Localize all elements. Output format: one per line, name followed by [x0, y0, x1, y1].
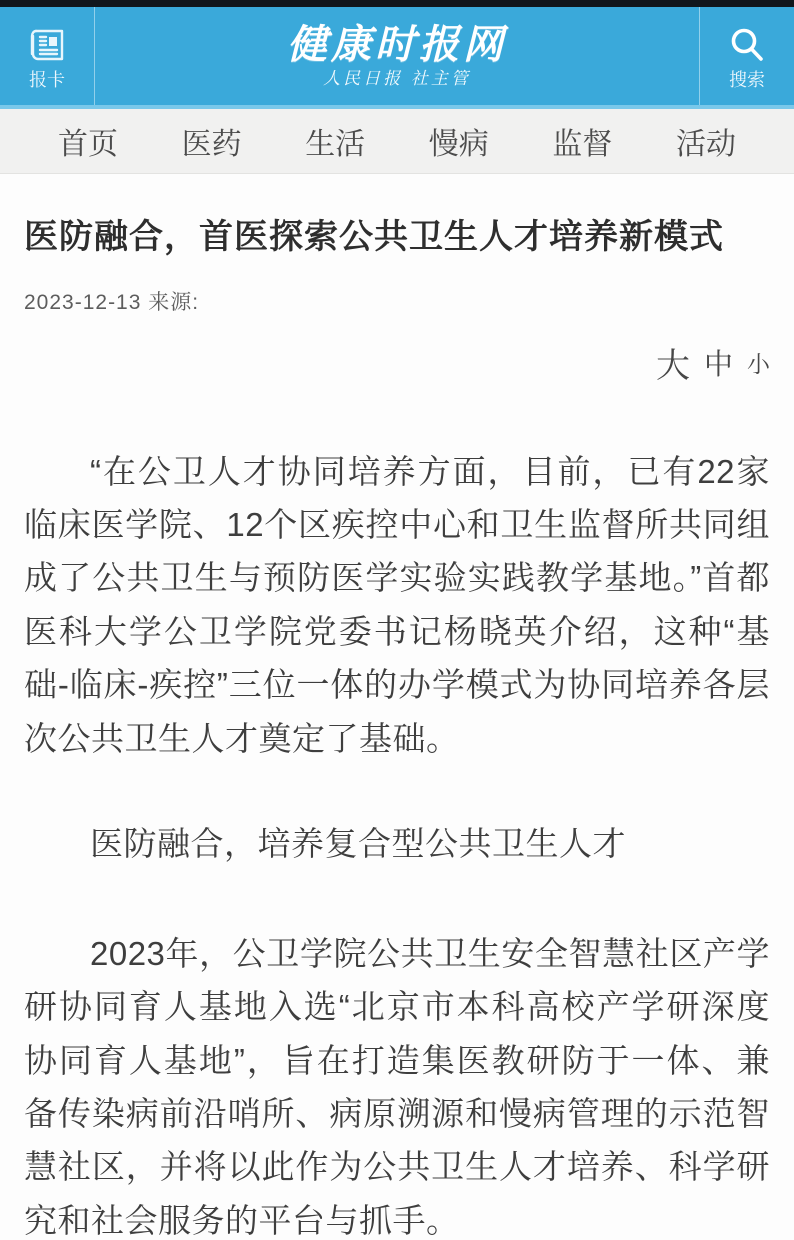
article-source-label: 来源: [148, 291, 199, 314]
site-header: 报卡 健康时报网 人民日报 社主管 搜索 [0, 7, 794, 109]
font-size-controls: 大 中 小 [24, 338, 770, 387]
font-size-large-button[interactable]: 大 [656, 338, 690, 387]
article-title: 医防融合，首医探索公共卫生人才培养新模式 [24, 216, 770, 259]
font-size-small-button[interactable]: 小 [747, 346, 770, 379]
font-size-medium-button[interactable]: 中 [704, 342, 733, 383]
article-date: 2023-12-13 [24, 291, 141, 314]
article-subheading: 医防融合，培养复合型公共卫生人才 [24, 817, 770, 870]
article-paragraph: “在公卫人才协同培养方面，目前，已有22家临床医学院、12个区疾控中心和卫生监督… [24, 445, 770, 766]
logo-subtitle: 人民日报 社主管 [323, 69, 471, 89]
nav-item-activity[interactable]: 活动 [676, 119, 736, 163]
site-logo[interactable]: 健康时报网 人民日报 社主管 [95, 7, 699, 105]
main-nav: 首页 医药 生活 慢病 监督 活动 [0, 109, 794, 174]
article-paragraph: 2023年，公卫学院公共卫生安全智慧社区产学研协同育人基地入选“北京市本科高校产… [24, 927, 770, 1240]
search-button[interactable]: 搜索 [699, 7, 794, 105]
report-card-label: 报卡 [29, 71, 65, 89]
newspaper-icon [25, 23, 69, 67]
article-meta: 2023-12-13 来源: [24, 286, 770, 316]
nav-item-chronic[interactable]: 慢病 [429, 119, 489, 163]
report-card-button[interactable]: 报卡 [0, 7, 95, 105]
search-icon [725, 23, 769, 67]
nav-item-medicine[interactable]: 医药 [182, 119, 242, 163]
nav-item-home[interactable]: 首页 [58, 119, 118, 163]
status-bar-strip [0, 0, 794, 7]
nav-item-supervise[interactable]: 监督 [552, 119, 612, 163]
logo-title: 健康时报网 [287, 23, 507, 67]
article: 医防融合，首医探索公共卫生人才培养新模式 2023-12-13 来源: 大 中 … [0, 216, 794, 1240]
search-label: 搜索 [729, 71, 765, 89]
nav-item-life[interactable]: 生活 [305, 119, 365, 163]
